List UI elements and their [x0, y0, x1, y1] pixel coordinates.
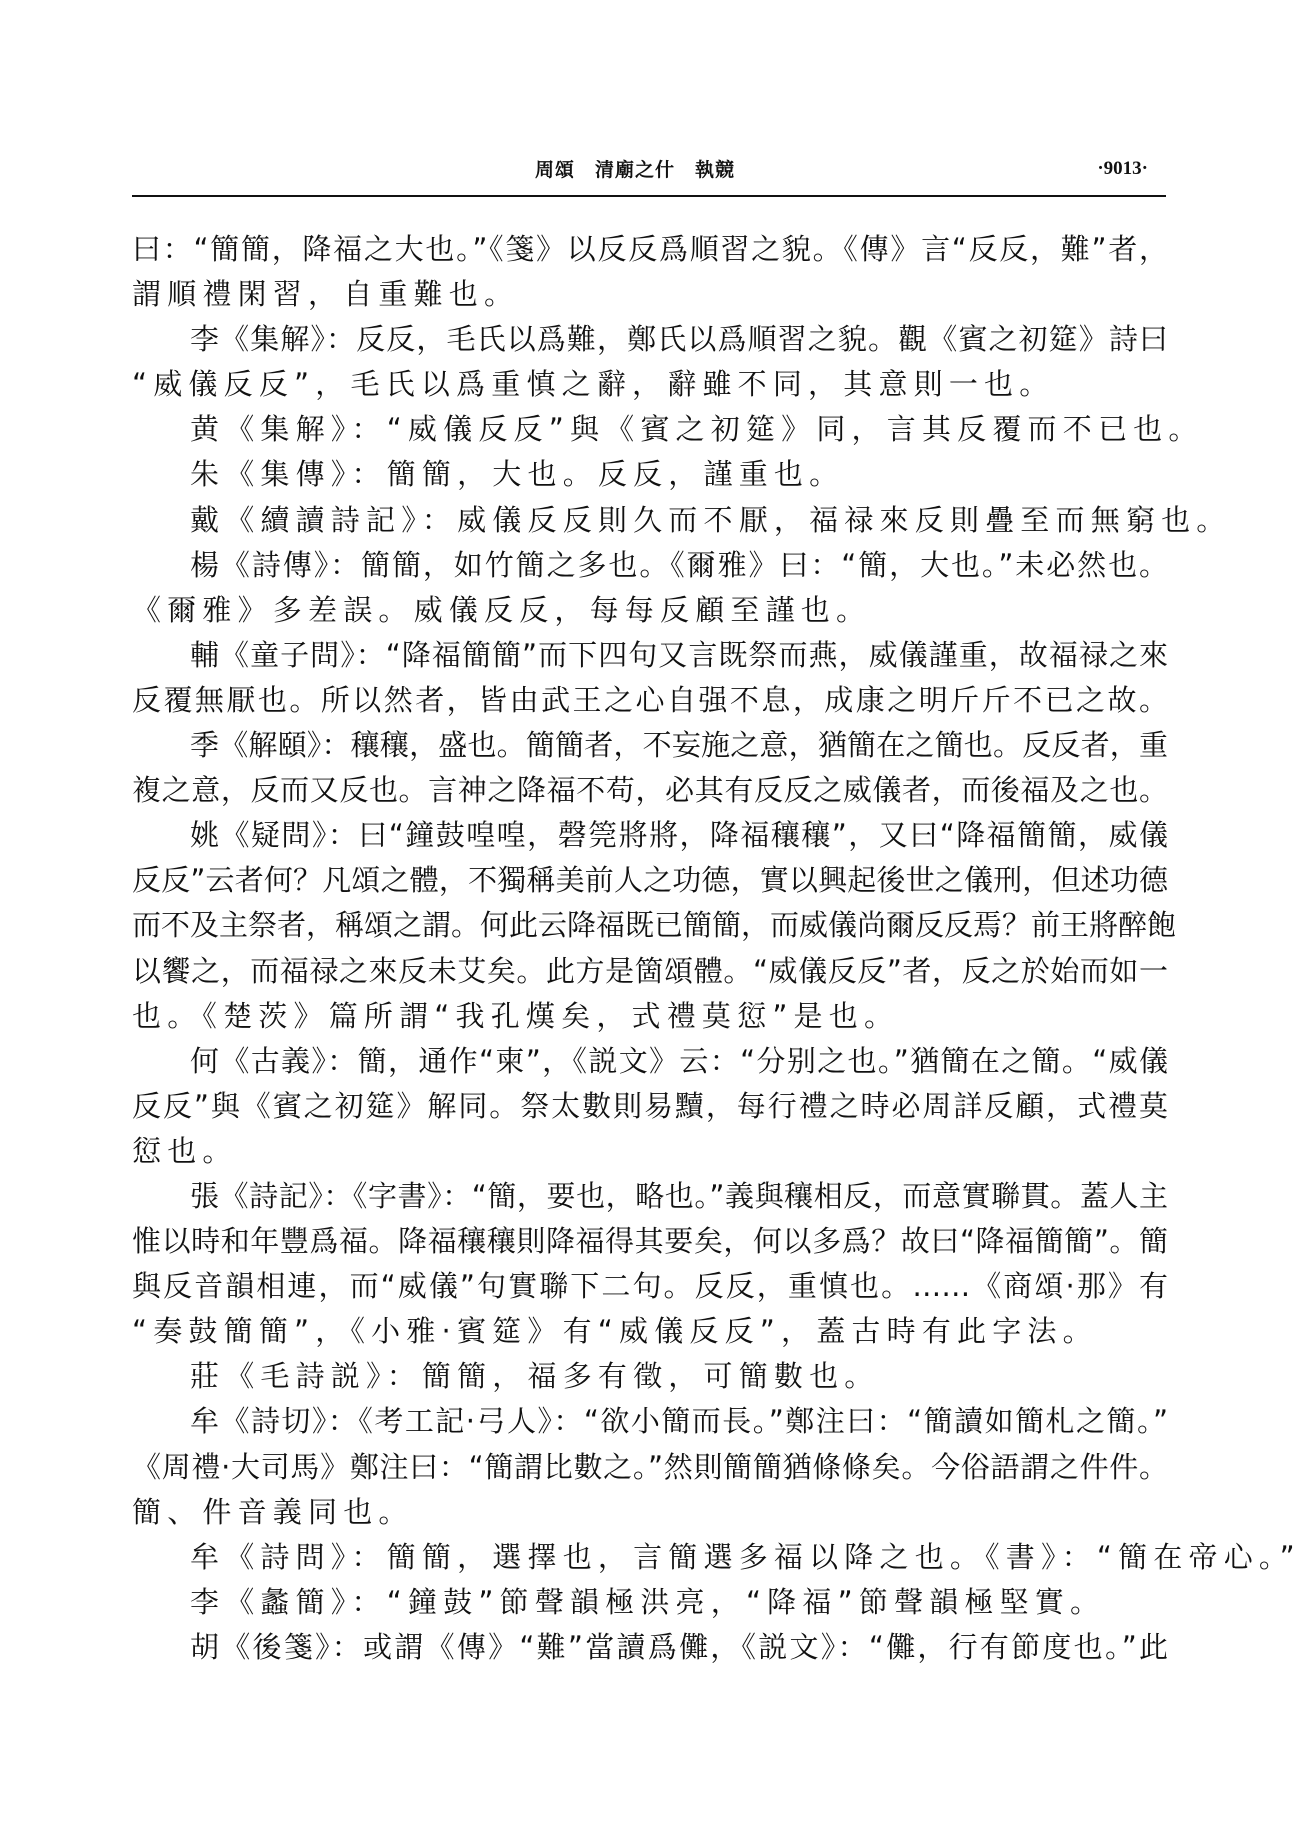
- text-line: 黄《集解》：“威儀反反”與《賓之初筵》同，言其反覆而不已也。: [132, 407, 1168, 452]
- text-line: 反反”與《賓之初筵》解同。祭太數則易黷，每行禮之時必周詳反顧，式禮莫: [132, 1084, 1168, 1129]
- text-line: 反覆無厭也。所以然者，皆由武王之心自强不息，成康之明斤斤不已之故。: [132, 678, 1168, 723]
- text-line: 牟《詩切》：《考工記·弓人》：“欲小簡而長。”鄭注曰：“簡讀如簡札之簡。”: [132, 1399, 1168, 1444]
- text-line: 楊《詩傳》：簡簡，如竹簡之多也。《爾雅》曰：“簡，大也。”未必然也。: [132, 543, 1168, 588]
- text-line: “威儀反反”，毛氏以爲重慎之辭，辭雖不同，其意則一也。: [132, 362, 1168, 407]
- text-line: 戴《續讀詩記》：威儀反反則久而不厭，福禄來反則疊至而無窮也。: [132, 498, 1168, 543]
- text-line: 反反”云者何？凡頌之體，不獨稱美前人之功德，實以興起後世之儀刑，但述功德: [132, 858, 1168, 903]
- body-text: 曰：“簡簡，降福之大也。”《箋》以反反爲順習之貌。《傳》言“反反，難”者， 謂順…: [132, 227, 1168, 1670]
- header-rule: [132, 195, 1166, 197]
- text-line: 莊《毛詩説》：簡簡，福多有徵，可簡數也。: [132, 1354, 1168, 1399]
- text-line: 季《解頤》：穰穰，盛也。簡簡者，不妄施之意，猶簡在之簡也。反反者，重: [132, 723, 1168, 768]
- page-number: ·9013·: [1097, 157, 1148, 181]
- text-line: 謂順禮閑習，自重難也。: [132, 272, 1168, 317]
- running-title: 周頌 清廟之什 執競: [535, 158, 735, 182]
- text-line: 以饗之，而福禄之來反未艾矣。此方是箇頌體。“威儀反反”者，反之於始而如一: [132, 949, 1168, 994]
- text-line: 《周禮·大司馬》鄭注曰：“簡謂比數之。”然則簡簡猶條條矣。今俗語謂之件件。: [132, 1445, 1168, 1490]
- text-line: 李《蠡簡》：“鐘鼓”節聲韻極洪亮，“降福”節聲韻極堅實。: [132, 1580, 1168, 1625]
- text-line: 張《詩記》：《字書》：“簡，要也，略也。”義與穰相反，而意實聯貫。蓋人主: [132, 1174, 1168, 1219]
- text-line: 也。《楚茨》篇所謂“我孔熯矣，式禮莫愆”是也。: [132, 994, 1168, 1039]
- text-line: 複之意，反而又反也。言神之降福不苟，必其有反反之威儀者，而後福及之也。: [132, 768, 1168, 813]
- text-line: 何《古義》：簡，通作“柬”，《説文》云：“分别之也。”猶簡在之簡。“威儀: [132, 1039, 1168, 1084]
- page-header: 周頌 清廟之什 執競 ·9013·: [132, 140, 1166, 197]
- text-line: 曰：“簡簡，降福之大也。”《箋》以反反爲順習之貌。《傳》言“反反，難”者，: [132, 227, 1168, 272]
- text-line: 簡、件音義同也。: [132, 1490, 1168, 1535]
- text-line: 李《集解》：反反，毛氏以爲難，鄭氏以爲順習之貌。觀《賓之初筵》詩曰: [132, 317, 1168, 362]
- text-line: 《爾雅》多差誤。威儀反反，每每反顧至謹也。: [132, 588, 1168, 633]
- text-line: 牟《詩問》：簡簡，選擇也，言簡選多福以降之也。《書》：“簡在帝心。”: [132, 1535, 1168, 1580]
- text-line: 朱《集傳》：簡簡，大也。反反，謹重也。: [132, 452, 1168, 497]
- text-line: “奏鼓簡簡”，《小雅·賓筵》有“威儀反反”，蓋古時有此字法。: [132, 1309, 1168, 1354]
- text-line: 姚《疑問》：曰“鐘鼓喤喤，磬筦將將，降福穰穰”，又曰“降福簡簡，威儀: [132, 813, 1168, 858]
- text-line: 胡《後箋》：或謂《傳》“難”當讀爲儺，《説文》：“儺，行有節度也。”此: [132, 1625, 1168, 1670]
- text-line: 惟以時和年豐爲福。降福穰穰則降福得其要矣，何以多爲？故曰“降福簡簡”。簡: [132, 1219, 1168, 1264]
- text-line: 輔《童子問》：“降福簡簡”而下四句又言既祭而燕，威儀謹重，故福禄之來: [132, 633, 1168, 678]
- text-line: 而不及主祭者，稱頌之謂。何此云降福既已簡簡，而威儀尚爾反反焉？前王將醉飽: [132, 903, 1168, 948]
- text-line: 愆也。: [132, 1129, 1168, 1174]
- text-line: 與反音韻相連，而“威儀”句實聯下二句。反反，重慎也。……《商頌·那》有: [132, 1264, 1168, 1309]
